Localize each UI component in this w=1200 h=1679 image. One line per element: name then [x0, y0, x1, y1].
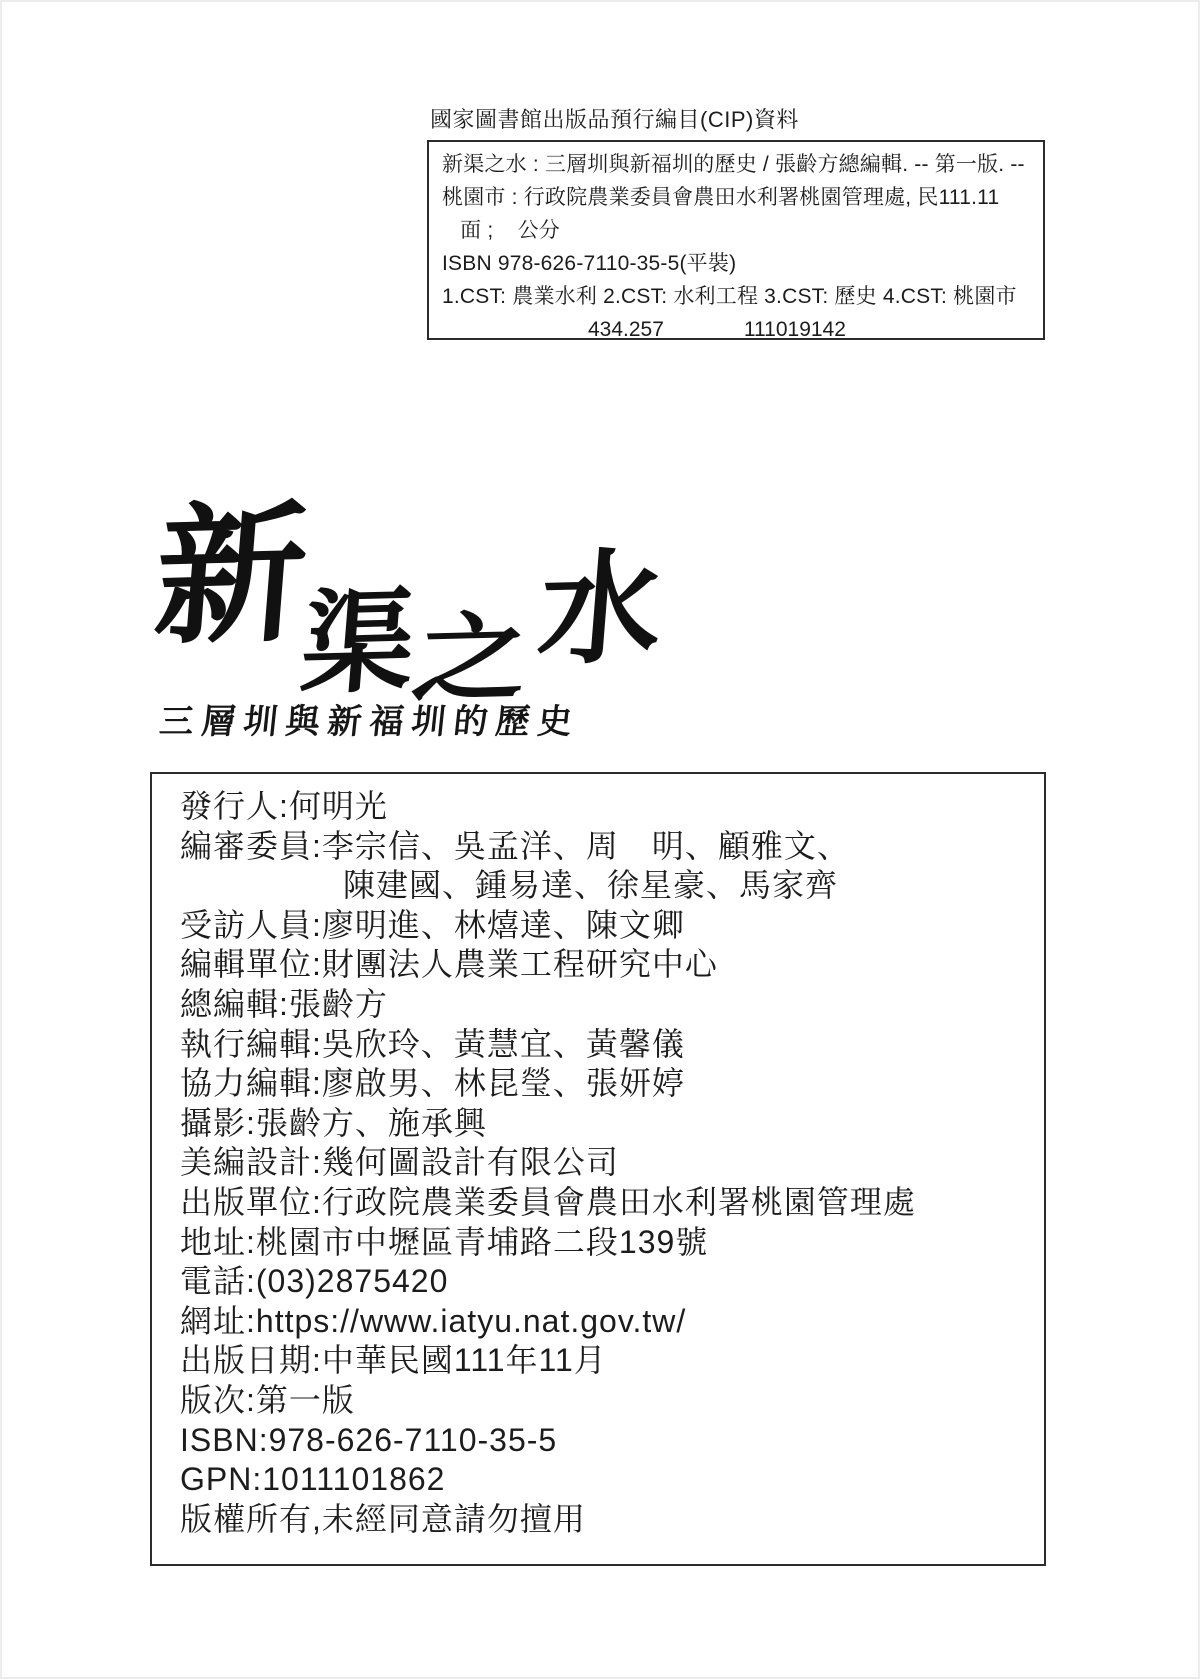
publishing-unit-line: 出版單位:行政院農業委員會農田水利署桃園管理處 [180, 1183, 1036, 1223]
cip-title-line: 新渠之水 : 三層圳與新福圳的歷史 / 張齡方總編輯. -- 第一版. -- [442, 148, 1035, 181]
cip-box: 新渠之水 : 三層圳與新福圳的歷史 / 張齡方總編輯. -- 第一版. -- 桃… [427, 140, 1045, 340]
editorial-committee-continuation-line: 陳建國、鍾易達、徐星豪、馬家齊 [180, 866, 1036, 906]
cip-classification-number: 434.257 [588, 313, 664, 346]
cip-format-line: 面 ; 公分 [442, 214, 1035, 247]
book-title-calligraphy: 新 渠 之 水 [150, 489, 670, 653]
isbn-line: ISBN:978-626-7110-35-5 [180, 1421, 1036, 1461]
cip-publisher-line: 桃園市 : 行政院農業委員會農田水利署桃園管理處, 民111.11 [442, 181, 1035, 214]
editing-unit-line: 編輯單位:財團法人農業工程研究中心 [180, 945, 1036, 985]
photography-line: 攝影:張齡方、施承興 [180, 1104, 1036, 1144]
title-char-2: 渠 [298, 586, 419, 701]
cip-header: 國家圖書館出版品預行編目(CIP)資料 [430, 103, 799, 134]
title-char-1: 新 [150, 499, 312, 653]
address-line: 地址:桃園市中壢區青埔路二段139號 [180, 1223, 1036, 1263]
cip-subject-line: 1.CST: 農業水利 2.CST: 水利工程 3.CST: 歷史 4.CST:… [442, 280, 1035, 313]
cip-isbn-line: ISBN 978-626-7110-35-5(平裝) [442, 247, 1035, 280]
co-editors-line: 協力編輯:廖啟男、林昆瑩、張妍婷 [180, 1064, 1036, 1104]
art-design-line: 美編設計:幾何圖設計有限公司 [180, 1143, 1036, 1183]
title-char-4: 水 [535, 545, 667, 670]
colophon-page: 國家圖書館出版品預行編目(CIP)資料 新渠之水 : 三層圳與新福圳的歷史 / … [0, 0, 1200, 1679]
executive-editors-line: 執行編輯:吳欣玲、黃慧宜、黃馨儀 [180, 1025, 1036, 1065]
website-line: 網址:https://www.iatyu.nat.gov.tw/ [180, 1302, 1036, 1342]
gpn-line: GPN:1011101862 [180, 1460, 1036, 1500]
interviewees-line: 受訪人員:廖明進、林熺達、陳文卿 [180, 906, 1036, 946]
book-subtitle-calligraphy: 三層圳與新福圳的歷史 [157, 694, 582, 743]
cip-classification-row: 434.257 111019142 [442, 313, 1035, 346]
edition-line: 版次:第一版 [180, 1381, 1036, 1421]
issuer-line: 發行人:何明光 [180, 787, 1036, 827]
copyright-line: 版權所有,未經同意請勿擅用 [180, 1500, 1036, 1540]
colophon-box: 發行人:何明光 編審委員:李宗信、吳孟洋、周 明、顧雅文、 陳建國、鍾易達、徐星… [150, 772, 1046, 1566]
phone-line: 電話:(03)2875420 [180, 1262, 1036, 1302]
editorial-committee-line: 編審委員:李宗信、吳孟洋、周 明、顧雅文、 [180, 827, 1036, 867]
cip-record-number: 111019142 [744, 313, 846, 346]
chief-editor-line: 總編輯:張齡方 [180, 985, 1036, 1025]
publish-date-line: 出版日期:中華民國111年11月 [180, 1341, 1036, 1381]
